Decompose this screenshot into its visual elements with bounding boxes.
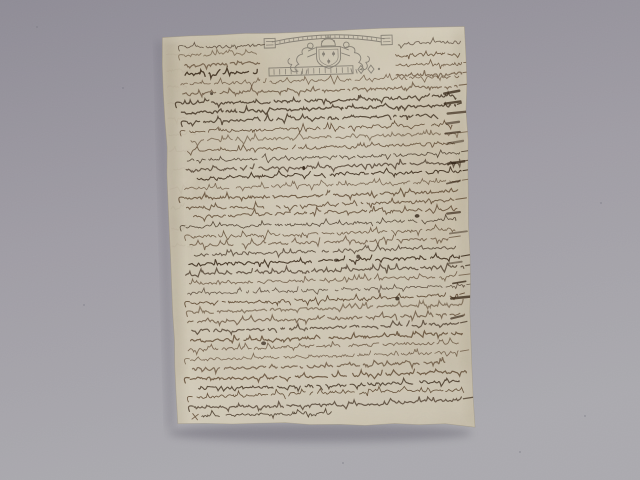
manuscript-photo-canvas — [0, 0, 640, 480]
manuscript-photo: Photograph of an aged handwritten manusc… — [0, 0, 640, 480]
photo-grain — [0, 0, 640, 480]
